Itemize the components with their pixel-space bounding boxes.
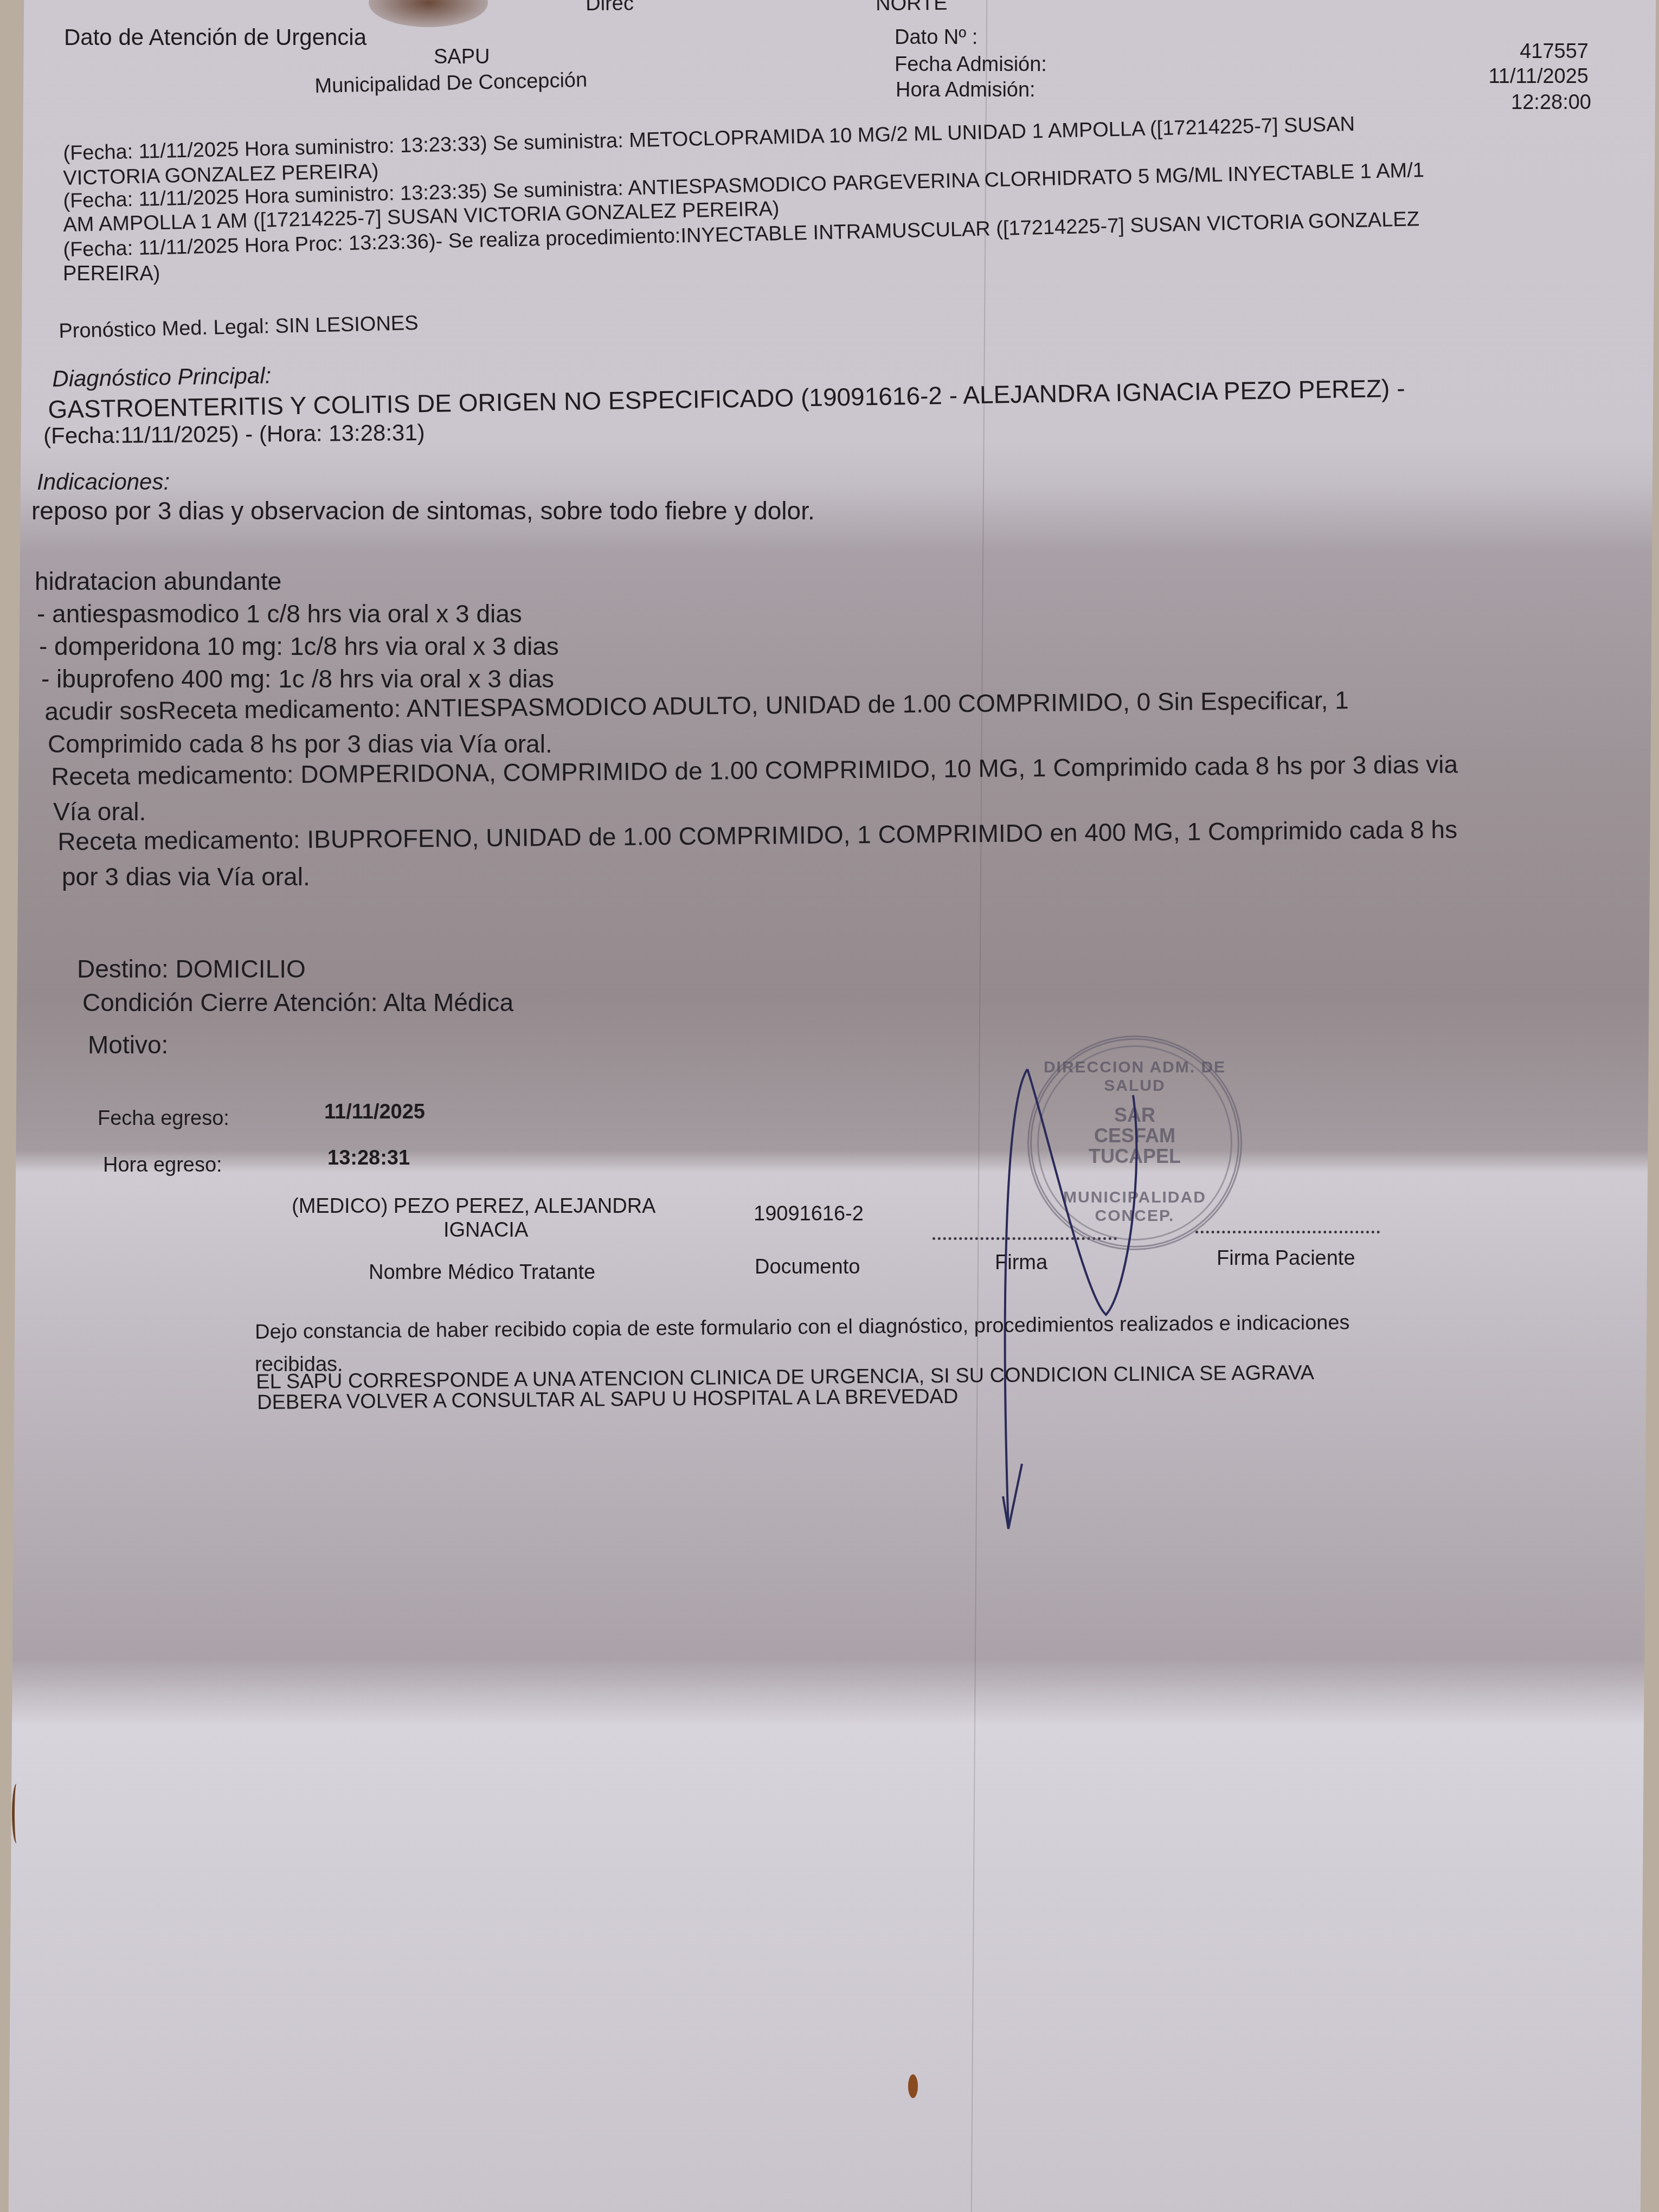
fecha-admision-value: 11/11/2025 [1410, 65, 1589, 88]
procedure-line: PEREIRA) [63, 262, 160, 286]
official-stamp: DIRECCION ADM. DE SALUD SAR CESFAM TUCAP… [1027, 1036, 1242, 1250]
indicacion-line: hidratacion abundante [35, 567, 281, 596]
stamp-center-line: CESFAM [1032, 1126, 1238, 1146]
dato-value: 417557 [1410, 40, 1589, 63]
medico-documento: 19091616-2 [754, 1203, 864, 1226]
dato-label: Dato Nº : [895, 26, 978, 49]
motivo: Motivo: [88, 1030, 168, 1059]
fold-line [971, 0, 987, 2212]
indicacion-line: por 3 dias via Vía oral. [62, 862, 310, 891]
stain-mark [908, 2074, 918, 2098]
header-cut-left: Direc [586, 0, 634, 16]
firma-label: Firma [995, 1251, 1047, 1275]
nombre-medico-label: Nombre Médico Tratante [369, 1261, 595, 1284]
stamp-center-line: TUCAPEL [1032, 1146, 1238, 1167]
firma-paciente-line [1195, 1231, 1380, 1233]
condicion-cierre: Condición Cierre Atención: Alta Médica [82, 988, 513, 1017]
hora-admision-label: Hora Admisión: [896, 79, 1036, 102]
indicacion-line: Vía oral. [53, 797, 146, 826]
stamp-center-line: SAR [1032, 1105, 1238, 1126]
medico-name-line1: (MEDICO) PEZO PEREZ, ALEJANDRA [292, 1195, 655, 1218]
hora-admision-value: 12:28:00 [1412, 91, 1591, 114]
indicacion-line: reposo por 3 dias y observacion de sinto… [31, 496, 815, 525]
fecha-egreso-value: 11/11/2025 [324, 1101, 425, 1124]
medico-name-line2: IGNACIA [443, 1219, 528, 1242]
indicacion-line: - antiespasmodico 1 c/8 hrs via oral x 3… [37, 599, 522, 628]
service-name: SAPU [434, 46, 490, 69]
indicaciones-label: Indicaciones: [37, 469, 170, 495]
header-cut-right: NORTE [876, 0, 948, 16]
indicacion-line: - ibuprofeno 400 mg: 1c /8 hrs via oral … [41, 664, 554, 693]
document-title: Dato de Atención de Urgencia [64, 24, 366, 50]
diagnostico-line2: (Fecha:11/11/2025) - (Hora: 13:28:31) [43, 420, 425, 449]
stamp-bottom-text: MUNICIPALIDAD CONCEP. [1032, 1188, 1238, 1225]
destino: Destino: DOMICILIO [77, 954, 306, 983]
fecha-egreso-label: Fecha egreso: [98, 1107, 229, 1130]
firma-paciente-label: Firma Paciente [1217, 1247, 1355, 1270]
stamp-center: SAR CESFAM TUCAPEL [1032, 1105, 1238, 1167]
stamp-top-text: DIRECCION ADM. DE SALUD [1032, 1058, 1238, 1095]
documento-label: Documento [755, 1256, 860, 1279]
hora-egreso-value: 13:28:31 [327, 1147, 410, 1170]
edge-mark [12, 1784, 21, 1843]
fecha-admision-label: Fecha Admisión: [895, 53, 1047, 76]
hora-egreso-label: Hora egreso: [103, 1154, 222, 1177]
indicacion-line: - domperidona 10 mg: 1c/8 hrs via oral x… [39, 632, 559, 661]
indicacion-line: Comprimido cada 8 hs por 3 dias via Vía … [48, 729, 552, 758]
diagnostico-label: Diagnóstico Principal: [52, 363, 272, 392]
